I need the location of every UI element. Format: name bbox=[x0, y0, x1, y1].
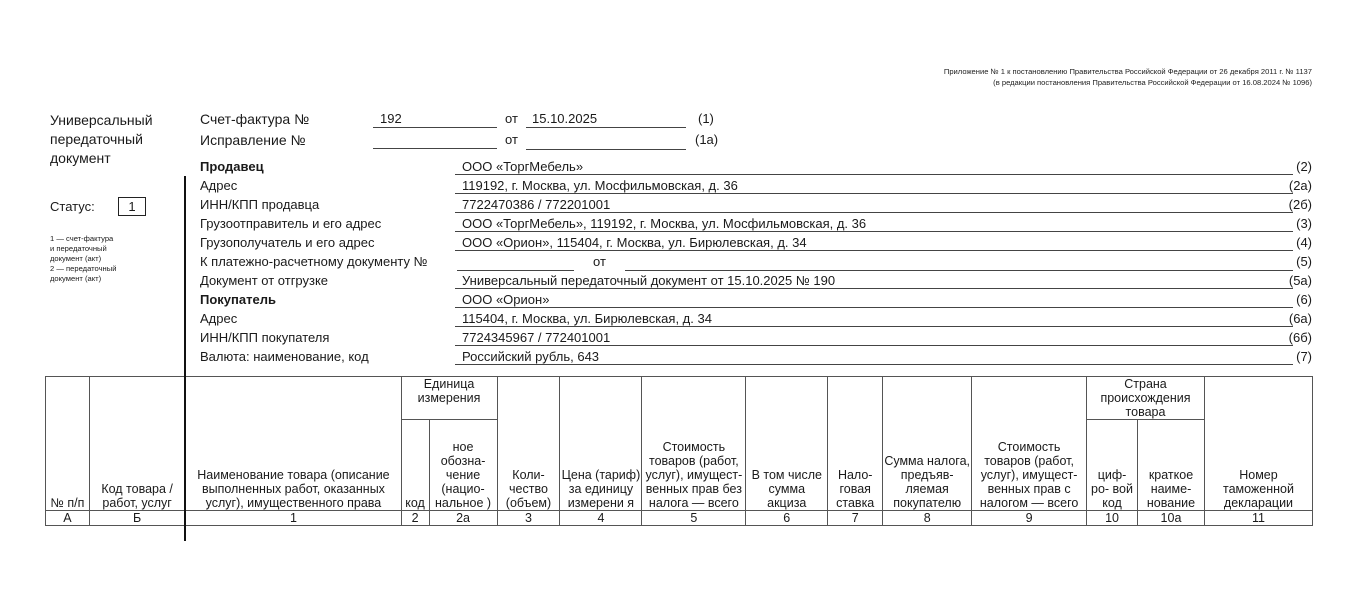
document-title-line: передаточный bbox=[50, 130, 153, 149]
column-number: 10 bbox=[1087, 511, 1138, 526]
seller-label: Продавец bbox=[200, 159, 264, 175]
column-number: 11 bbox=[1204, 511, 1312, 526]
buyer-address-field[interactable]: 115404, г. Москва, ул. Бирюлевская, д. 3… bbox=[455, 311, 1293, 327]
header-country-group: Страна происхождения товара bbox=[1087, 377, 1205, 420]
column-number: 7 bbox=[828, 511, 883, 526]
buyer-field[interactable]: ООО «Орион» bbox=[455, 292, 1293, 308]
shipment-doc-label: Документ от отгрузке bbox=[200, 273, 328, 289]
buyer-inn-field[interactable]: 7724345967 / 772401001 bbox=[455, 330, 1293, 346]
column-number: 2а bbox=[429, 511, 497, 526]
row-code: (2а) bbox=[1289, 178, 1312, 194]
status-legend-line: 1 — счет-фактура bbox=[50, 234, 170, 244]
column-number: А bbox=[46, 511, 90, 526]
row-code: (2) bbox=[1296, 159, 1312, 175]
buyer-address-label: Адрес bbox=[200, 311, 237, 327]
consignee-field[interactable]: ООО «Орион», 115404, г. Москва, ул. Бирю… bbox=[455, 235, 1293, 251]
header-tax-amount: Сумма налога, предъяв- ляемая покупателю bbox=[883, 377, 972, 511]
goods-table: № п/п Код товара / работ, услуг Наименов… bbox=[45, 376, 1313, 526]
buyer-label: Покупатель bbox=[200, 292, 276, 308]
correction-number-label: Исправление № bbox=[200, 131, 306, 149]
header-country-code: циф- ро- вой код bbox=[1087, 420, 1138, 511]
column-number: 8 bbox=[883, 511, 972, 526]
invoice-from-label: от bbox=[505, 111, 518, 127]
document-title: Универсальный передаточный документ bbox=[50, 111, 153, 168]
header-num: № п/п bbox=[46, 377, 90, 511]
shipper-field[interactable]: ООО «ТоргМебель», 119192, г. Москва, ул.… bbox=[455, 216, 1293, 232]
row-code: (5) bbox=[1296, 254, 1312, 270]
row-code: (6) bbox=[1296, 292, 1312, 308]
header-unit-group: Единица измерения bbox=[401, 377, 497, 420]
buyer-inn-label: ИНН/КПП покупателя bbox=[200, 330, 329, 346]
row-code: (3) bbox=[1296, 216, 1312, 232]
seller-address-label: Адрес bbox=[200, 178, 237, 194]
status-label: Статус: bbox=[50, 199, 95, 214]
document-title-line: Универсальный bbox=[50, 111, 153, 130]
row-code: (6б) bbox=[1289, 330, 1312, 346]
invoice-date-field[interactable]: 15.10.2025 bbox=[526, 111, 686, 128]
document-title-line: документ bbox=[50, 149, 153, 168]
status-legend-line: 2 — передаточный bbox=[50, 264, 170, 274]
header-unit-name: ное обозна- чение (нацио- нальное ) bbox=[429, 420, 497, 511]
row-code: (2б) bbox=[1289, 197, 1312, 213]
status-legend-line: документ (акт) bbox=[50, 274, 170, 284]
seller-field[interactable]: ООО «ТоргМебель» bbox=[455, 159, 1293, 175]
status-legend-line: и передаточный bbox=[50, 244, 170, 254]
header-customs-decl: Номер таможенной декларации bbox=[1204, 377, 1312, 511]
status-field[interactable]: 1 bbox=[118, 197, 146, 216]
payment-doc-label: К платежно-расчетному документу № bbox=[200, 254, 428, 270]
invoice-number-label: Счет-фактура № bbox=[200, 110, 309, 128]
header-product-code: Код товара / работ, услуг bbox=[89, 377, 185, 511]
header-cost-with-tax: Стоимость товаров (работ, услуг), имущес… bbox=[972, 377, 1087, 511]
row-code: (5а) bbox=[1289, 273, 1312, 289]
status-legend-line: документ (акт) bbox=[50, 254, 170, 264]
column-number: Б bbox=[89, 511, 185, 526]
row-code: (4) bbox=[1296, 235, 1312, 251]
row-code: (7) bbox=[1296, 349, 1312, 365]
correction-from-label: от bbox=[505, 132, 518, 148]
header-cost-no-tax: Стоимость товаров (работ, услуг), имущес… bbox=[642, 377, 746, 511]
consignee-label: Грузополучатель и его адрес bbox=[200, 235, 374, 251]
correction-number-field[interactable] bbox=[373, 132, 497, 149]
correction-date-field[interactable] bbox=[526, 132, 686, 150]
column-number: 6 bbox=[746, 511, 828, 526]
header-excise: В том числе сумма акциза bbox=[746, 377, 828, 511]
header-name: Наименование товара (описание выполненны… bbox=[185, 377, 401, 511]
appendix-note: Приложение № 1 к постановлению Правитель… bbox=[944, 66, 1312, 88]
column-number: 10а bbox=[1138, 511, 1205, 526]
seller-inn-label: ИНН/КПП продавца bbox=[200, 197, 319, 213]
shipment-doc-field[interactable]: Универсальный передаточный документ от 1… bbox=[455, 273, 1293, 289]
column-number: 2 bbox=[401, 511, 429, 526]
header-quantity: Коли- чество (объем) bbox=[497, 377, 560, 511]
header-tax-rate: Нало- говая ставка bbox=[828, 377, 883, 511]
column-numbers-row: А Б 1 2 2а 3 4 5 6 7 8 9 10 10а 11 bbox=[46, 511, 1313, 526]
currency-label: Валюта: наименование, код bbox=[200, 349, 369, 365]
column-number: 3 bbox=[497, 511, 560, 526]
payment-doc-date-field[interactable] bbox=[625, 254, 1293, 271]
shipper-label: Грузоотправитель и его адрес bbox=[200, 216, 381, 232]
appendix-line-2: (в редакции постановления Правительства … bbox=[944, 77, 1312, 88]
column-number: 1 bbox=[185, 511, 401, 526]
appendix-line-1: Приложение № 1 к постановлению Правитель… bbox=[944, 66, 1312, 77]
invoice-code: (1) bbox=[698, 111, 714, 127]
seller-address-field[interactable]: 119192, г. Москва, ул. Мосфильмовская, д… bbox=[455, 178, 1293, 194]
invoice-number-field[interactable]: 192 bbox=[373, 111, 497, 128]
payment-doc-from-label: от bbox=[593, 254, 606, 270]
status-legend: 1 — счет-фактура и передаточный документ… bbox=[50, 234, 170, 284]
header-price: Цена (тариф) за единицу измерени я bbox=[560, 377, 642, 511]
seller-inn-field[interactable]: 7722470386 / 772201001 bbox=[455, 197, 1293, 213]
currency-field[interactable]: Российский рубль, 643 bbox=[455, 349, 1293, 365]
column-number: 4 bbox=[560, 511, 642, 526]
column-number: 9 bbox=[972, 511, 1087, 526]
header-unit-code: код bbox=[401, 420, 429, 511]
row-code: (6а) bbox=[1289, 311, 1312, 327]
column-number: 5 bbox=[642, 511, 746, 526]
header-country-name: краткое наиме- нование bbox=[1138, 420, 1205, 511]
payment-doc-number-field[interactable] bbox=[457, 254, 574, 271]
correction-code: (1а) bbox=[695, 132, 718, 148]
